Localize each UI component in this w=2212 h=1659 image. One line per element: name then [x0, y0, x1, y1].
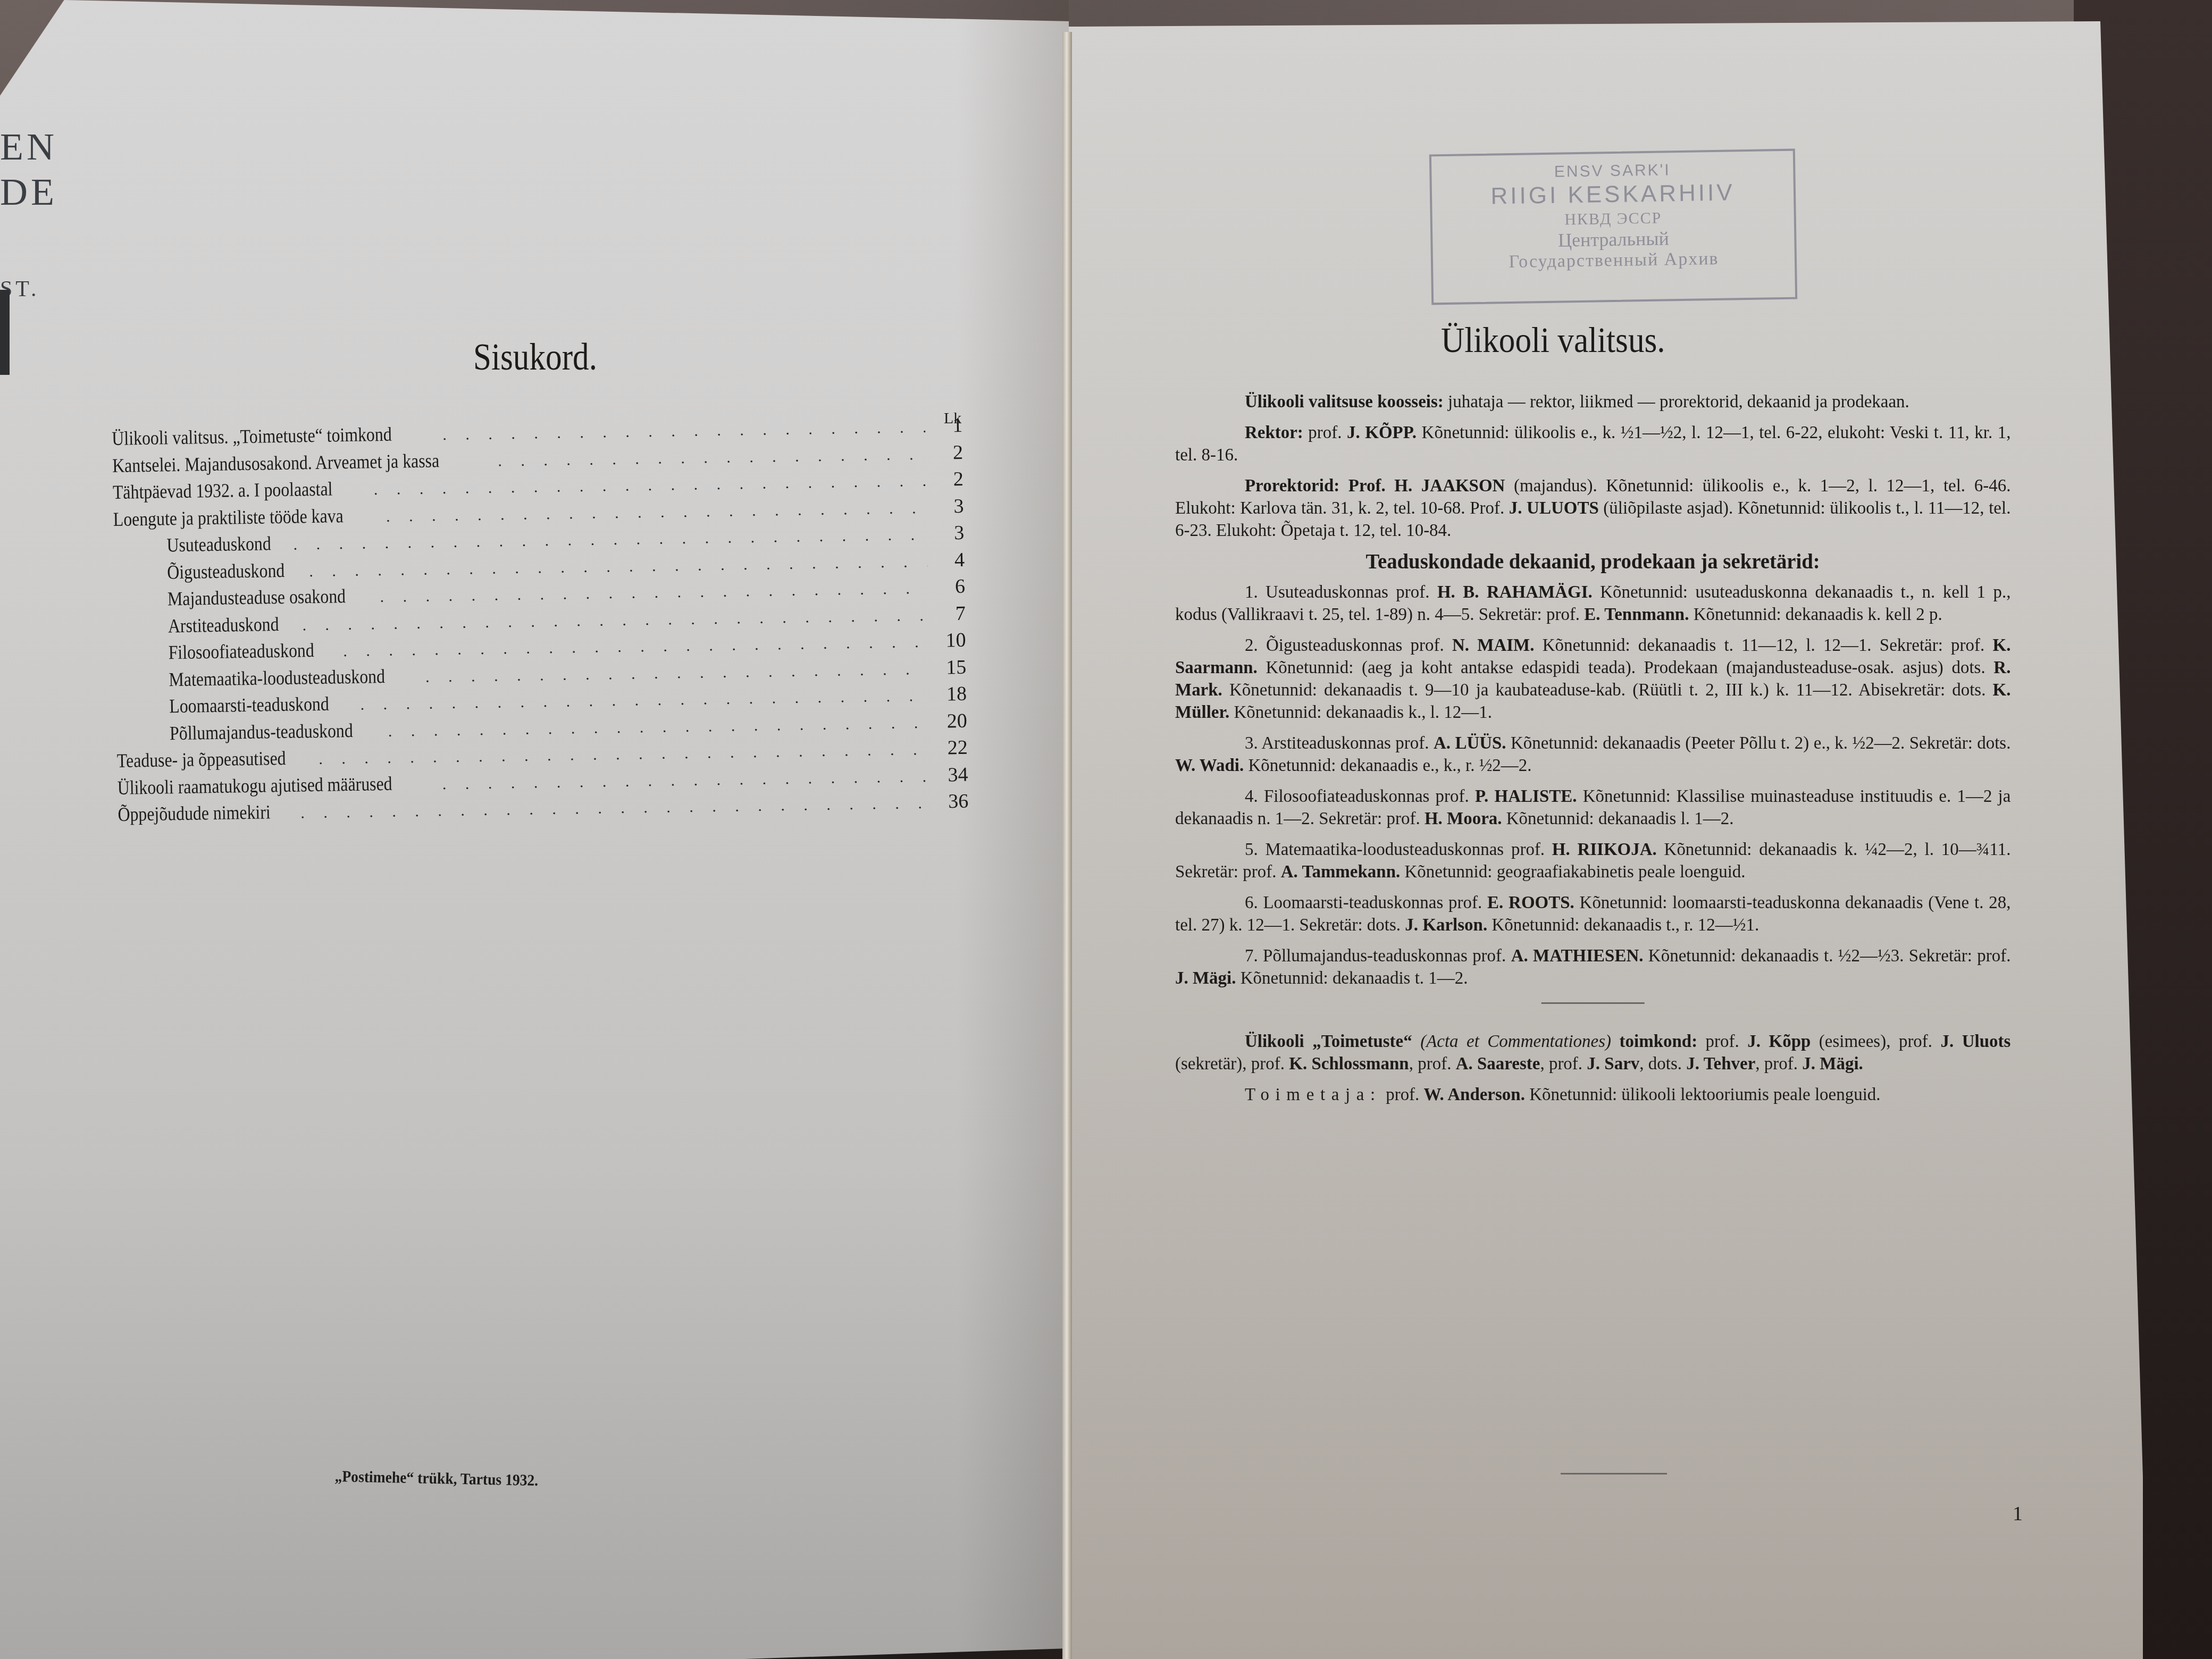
toc-entry-label: Kantselei. Majandusosakond. Arveamet ja … — [112, 448, 440, 480]
rector-paragraph: Rektor: prof. J. KÕPP. Kõnetunnid: üliko… — [1175, 422, 2010, 466]
dean-entry: 7. Põllumajandus-teaduskonnas prof. A. M… — [1175, 945, 2010, 990]
previous-page-fragment-1: EN — [0, 125, 57, 169]
page-number: 1 — [2013, 1502, 2023, 1526]
page-title: Ülikooli valitsus. — [1441, 319, 1665, 361]
toc-entry-label: Loengute ja praktiliste tööde kava — [113, 503, 343, 533]
toc-entry-label: Majandusteaduse osakond — [167, 583, 346, 613]
toc-entry-page: 20 — [935, 707, 968, 734]
toc-entry-page: 4 — [933, 546, 965, 573]
composition-paragraph: Ülikooli valitsuse koosseis: juhataja — … — [1175, 391, 2010, 413]
deans-heading: Teaduskondade dekaanid, prodekaan ja sek… — [1175, 550, 2010, 573]
left-page — [0, 0, 1069, 1659]
toc-entry-page: 1 — [931, 412, 963, 439]
dean-entry: 2. Õigusteaduskonnas prof. N. MAIM. Kõne… — [1175, 634, 2010, 724]
dean-entry: 5. Matemaatika-loodusteaduskonnas prof. … — [1175, 839, 2010, 883]
toc-entry-label: Õppejõudude nimekiri — [118, 799, 271, 828]
toc-entry-label: Loomaarsti-teaduskond — [169, 691, 329, 720]
page-body: Ülikooli valitsuse koosseis: juhataja — … — [1175, 391, 2010, 1115]
toc-entry-label: Õigusteaduskond — [167, 557, 285, 585]
toc-entry-page: 3 — [932, 492, 964, 520]
toc-entry-page: 34 — [936, 761, 968, 788]
rector-name: J. KÕPP. — [1347, 423, 1417, 442]
prorectors-paragraph: Prorektorid: Prof. H. JAAKSON (majandus)… — [1175, 475, 2010, 542]
toc-entry-label: Filosoofiateaduskond — [168, 638, 314, 666]
editor-paragraph: Toimetaja: prof. W. Anderson. Kõnetunnid… — [1175, 1084, 2010, 1106]
toc-entry-label: Ülikooli valitsus. „Toimetuste“ toimkond — [112, 422, 392, 453]
toc-entry-page: 36 — [936, 788, 969, 815]
toc-entry-page: 2 — [931, 466, 963, 493]
toc-entry-label: Usuteaduskond — [166, 531, 271, 559]
toc-entry-page: 6 — [933, 573, 966, 600]
toc-entry-label: Arstiteaduskond — [168, 611, 279, 640]
toc-entry-label: Matemaatika-loodusteaduskond — [169, 663, 385, 693]
table-of-contents: Ülikooli valitsus. „Toimetuste“ toimkond… — [112, 412, 969, 828]
toc-title: Sisukord. — [473, 335, 597, 379]
book-gutter — [1062, 32, 1072, 1659]
toc-entry-page: 18 — [935, 681, 967, 708]
toc-entry-label: Tähtpäevad 1932. a. I poolaastal — [113, 476, 333, 506]
toc-entry-page: 15 — [934, 653, 967, 681]
dean-entry: 3. Arstiteaduskonnas prof. A. LÜÜS. Kõne… — [1175, 732, 2010, 777]
dean-entry: 4. Filosoofiateaduskonnas prof. P. HALIS… — [1175, 785, 2010, 830]
previous-page-fragment-2: DE — [0, 170, 57, 214]
end-divider — [1561, 1473, 1667, 1474]
archive-stamp: ENSV SARK'I RIIGI KESKARHIIV НКВД ЭССР Ц… — [1429, 149, 1797, 305]
toc-entry-label: Põllumajandus-teaduskond — [170, 717, 353, 747]
section-divider — [1541, 1002, 1645, 1004]
toc-entry-page: 7 — [933, 600, 966, 627]
toc-entry-page: 3 — [932, 520, 965, 547]
dean-entry: 1. Usuteaduskonnas prof. H. B. RAHAMÄGI.… — [1175, 581, 2010, 626]
previous-page-graphic — [0, 290, 10, 375]
stamp-line: RIIGI KESKARHIIV — [1432, 179, 1794, 211]
left-page-gutter-shadow — [957, 0, 1069, 1659]
toc-entry-page: 10 — [934, 627, 966, 654]
toc-entry-page: 22 — [935, 734, 968, 761]
toc-entry-label: Ülikooli raamatukogu ajutised määrused — [117, 770, 392, 801]
editorial-board-paragraph: Ülikooli „Toimetuste“ (Acta et Commentat… — [1175, 1030, 2010, 1075]
toc-entry-label: Teaduse- ja õppeasutised — [117, 745, 286, 775]
toc-entry-page: 2 — [931, 439, 963, 466]
dean-entry: 6. Loomaarsti-teaduskonnas prof. E. ROOT… — [1175, 892, 2010, 936]
